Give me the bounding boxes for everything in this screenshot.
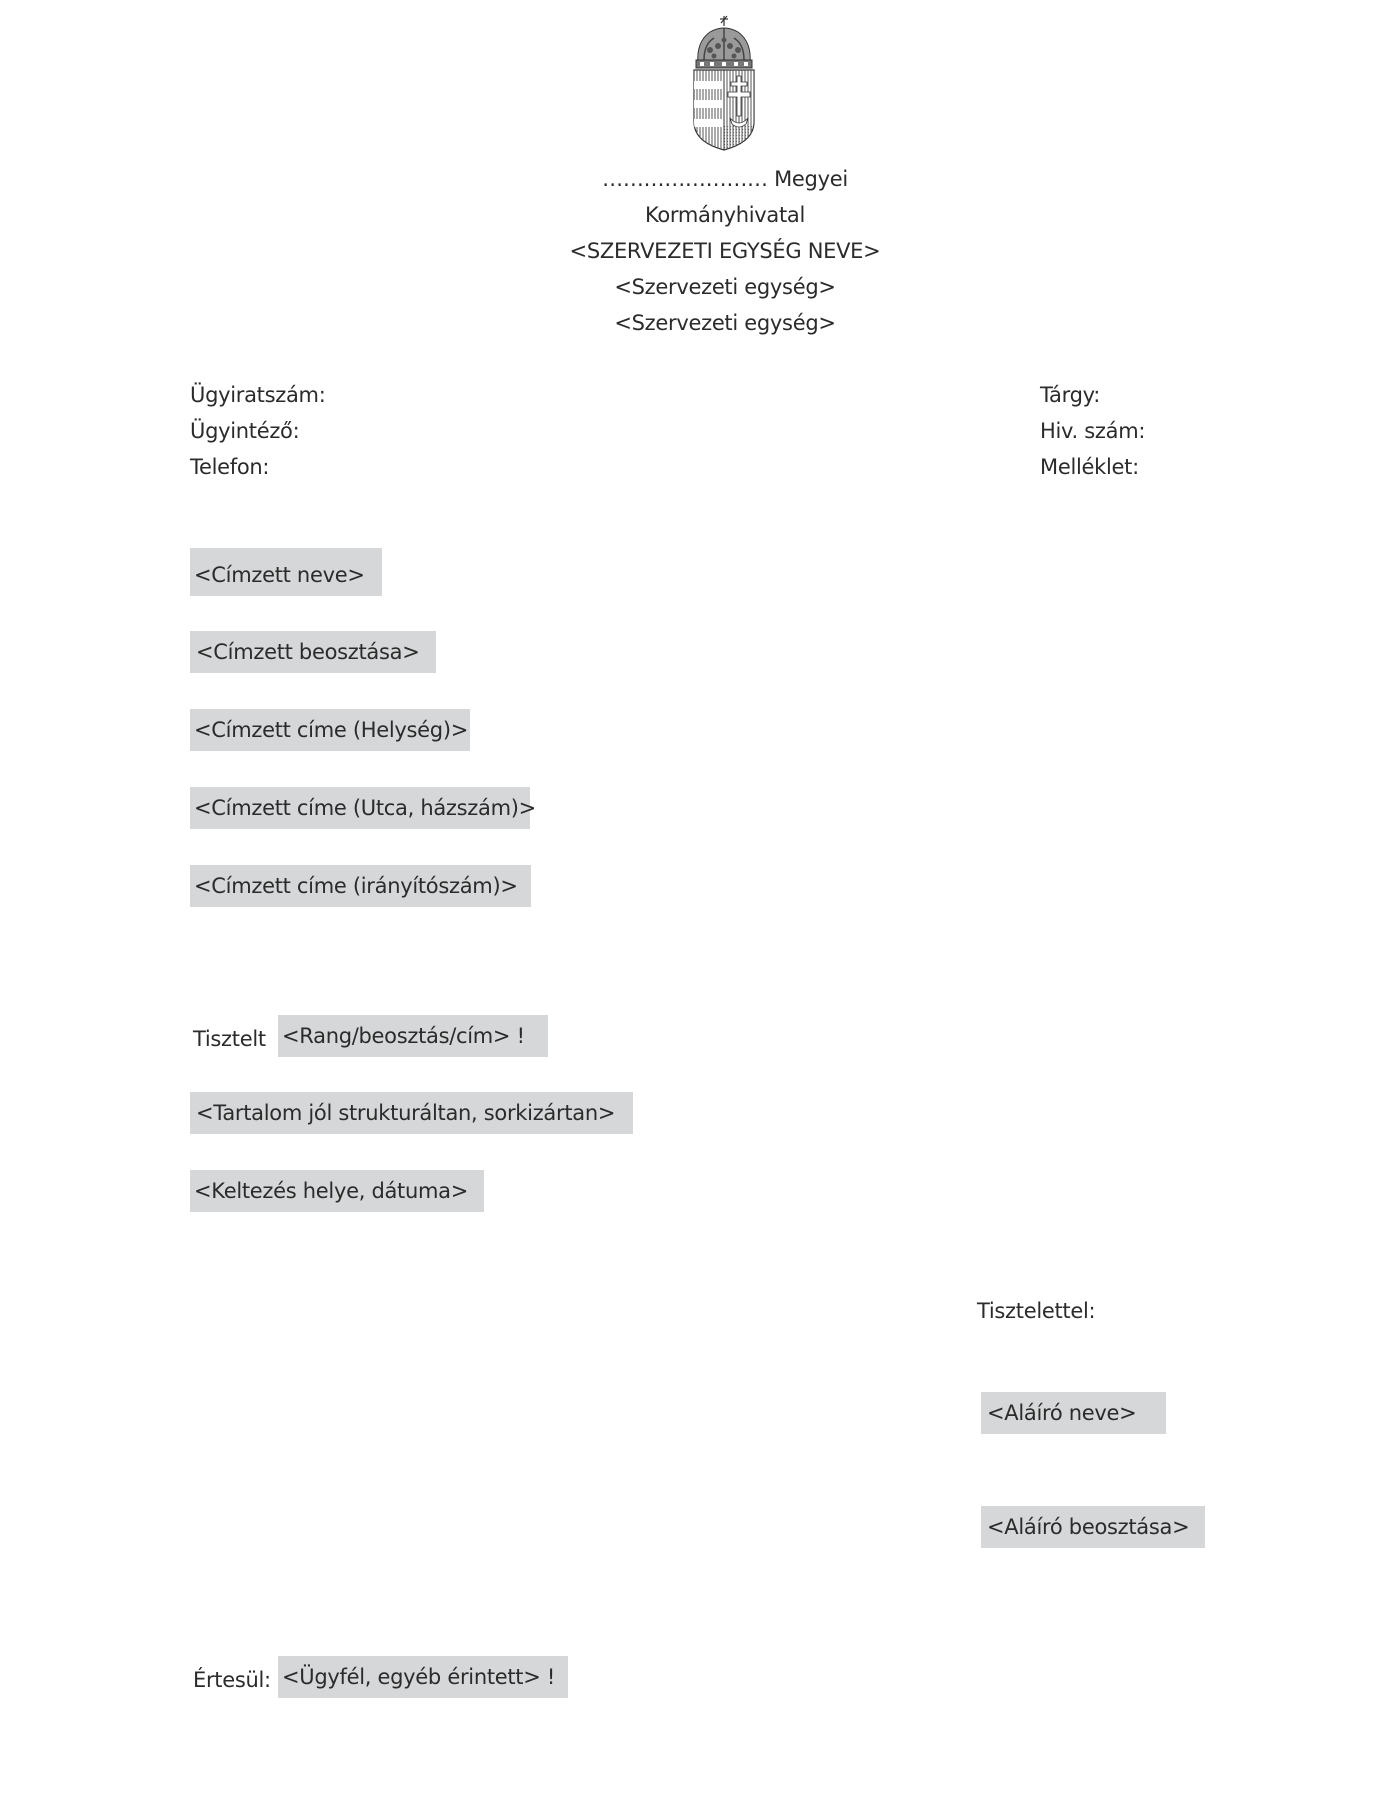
recipient-position-field[interactable]: <Címzett beosztása>: [190, 631, 436, 673]
signer-position-field[interactable]: <Aláíró beosztása>: [981, 1506, 1205, 1548]
recipient-city-field[interactable]: <Címzett címe (Helység)>: [190, 709, 470, 751]
signer-name-field[interactable]: <Aláíró neve>: [981, 1392, 1166, 1434]
hungarian-coat-of-arms-icon: [690, 14, 758, 152]
date-place-field[interactable]: <Keltezés helye, dátuma>: [190, 1170, 484, 1212]
header-subunit-1: <Szervezeti egység>: [0, 273, 1387, 301]
notify-field[interactable]: <Ügyfél, egyéb érintett> !: [278, 1656, 568, 1698]
closing-label: Tisztelettel:: [977, 1297, 1095, 1325]
reference-number-label: Hiv. szám:: [1040, 417, 1145, 445]
header-office-line: Kormányhivatal: [0, 201, 1387, 229]
case-number-label: Ügyiratszám:: [190, 381, 325, 409]
header-unit-name: <SZERVEZETI EGYSÉG NEVE>: [0, 237, 1387, 265]
case-officer-label: Ügyintéző:: [190, 417, 299, 445]
recipient-zip-field[interactable]: <Címzett címe (irányítószám)>: [190, 865, 531, 907]
header-subunit-2: <Szervezeti egység>: [0, 309, 1387, 337]
header-county-line: …………………… Megyei: [0, 165, 1387, 193]
phone-label: Telefon:: [190, 453, 269, 481]
content-field[interactable]: <Tartalom jól strukturáltan, sorkizártan…: [190, 1092, 633, 1134]
recipient-street-field[interactable]: <Címzett címe (Utca, házszám)>: [190, 787, 530, 829]
recipient-name-field[interactable]: <Címzett neve>: [190, 548, 382, 596]
attachment-label: Melléklet:: [1040, 453, 1139, 481]
salutation-label: Tisztelt: [193, 1025, 266, 1053]
subject-label: Tárgy:: [1040, 381, 1100, 409]
salutation-field[interactable]: <Rang/beosztás/cím> !: [278, 1015, 548, 1057]
notify-label: Értesül:: [193, 1666, 271, 1694]
